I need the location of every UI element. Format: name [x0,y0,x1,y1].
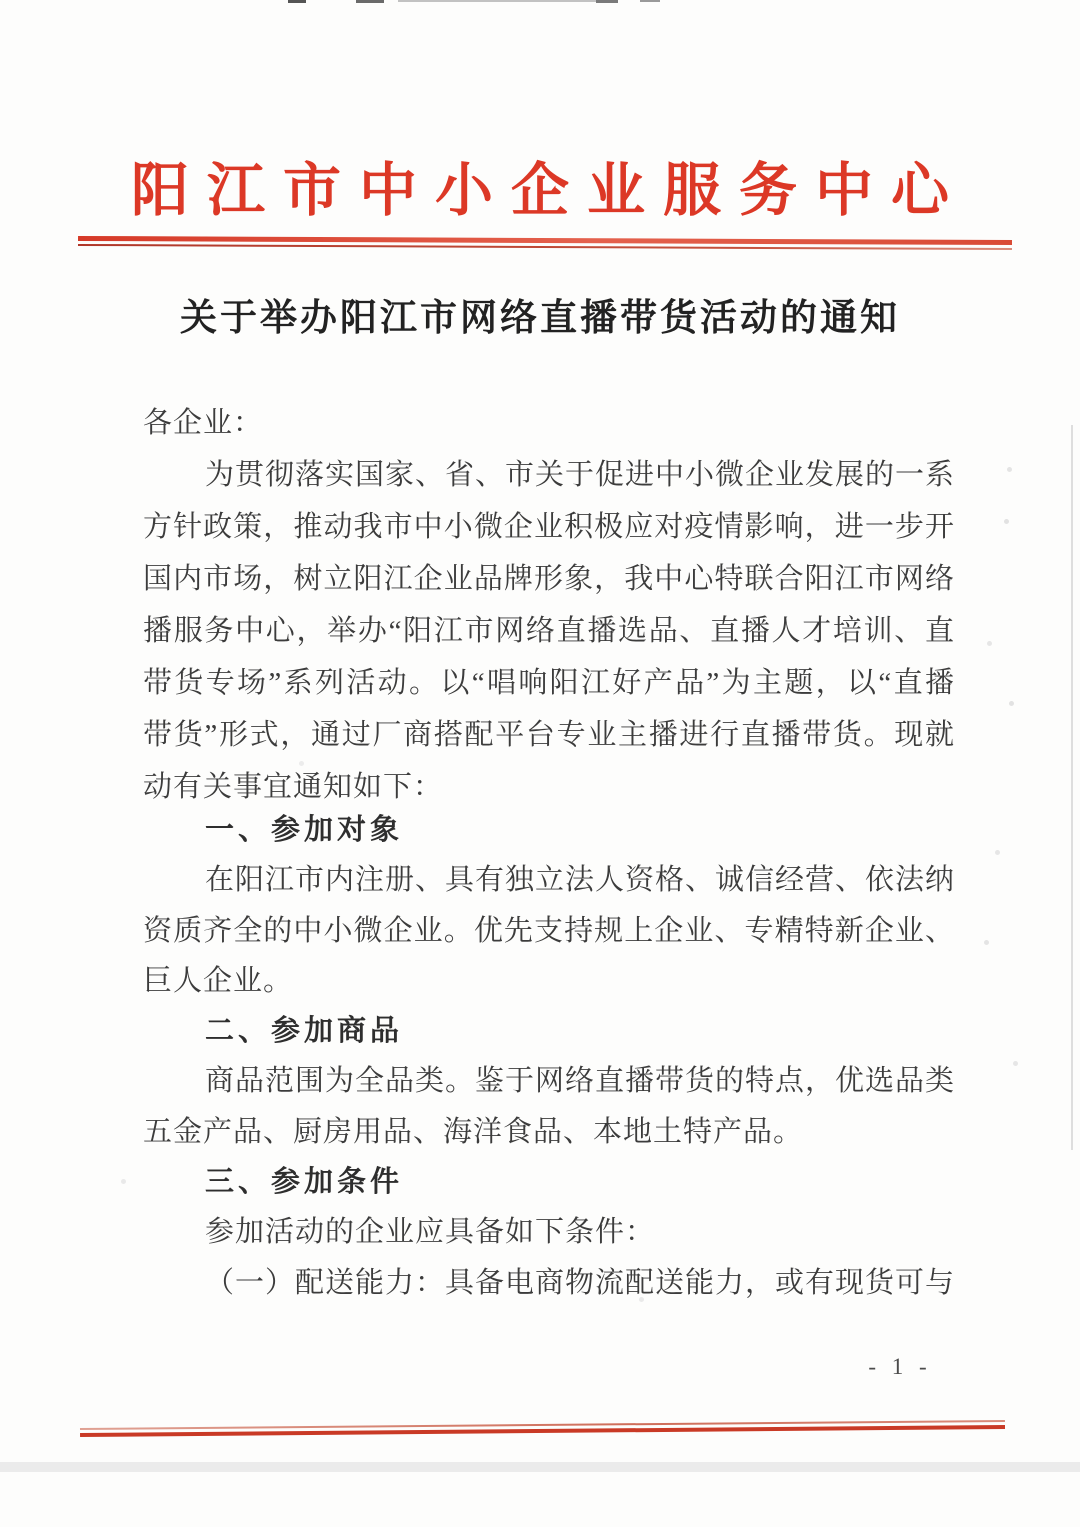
body-paragraphs-lower: 一、参加对象 在阳江市内注册、具有独立法人资格、诚信经营、依法纳税、 资质齐全的… [143,805,955,1308]
scan-bottom-shadow [0,1462,1080,1472]
paper-edge-shadow [1071,425,1073,1150]
scan-artifact [288,0,306,3]
body-line: 播服务中心，举办“阳江市网络直播选品、直播人才培训、直播 [143,605,955,657]
page-number: - 1 - [840,1352,960,1382]
body-line: 资质齐全的中小微企业。优先支持规上企业、专精特新企业、小 [143,906,955,956]
letterhead-title: 阳江市中小企业服务中心 [0,148,1080,234]
salutation-line: 各企业： [143,397,955,449]
scan-artifact [356,0,384,3]
scan-artifact [596,0,618,3]
body-line: 为贯彻落实国家、省、市关于促进中小微企业发展的一系列 [143,449,955,501]
letterhead-divider [78,236,1012,250]
body-line: （一）配送能力：具备电商物流配送能力，或有现货可与阳 [143,1258,955,1308]
body-line: 五金产品、厨房用品、海洋食品、本地土特产品。 [143,1107,955,1157]
body-line: 在阳江市内注册、具有独立法人资格、诚信经营、依法纳税、 [143,855,955,905]
body-line: 带货专场”系列活动。以“唱响阳江好产品”为主题，以“直播 [143,657,955,709]
body-line: 方针政策，推动我市中小微企业积极应对疫情影响，进一步开拓 [143,501,955,553]
footer-divider [80,1420,1005,1437]
section-heading-2: 二、参加商品 [143,1006,955,1056]
letterhead-divider-thin-line [78,244,1012,250]
body-line: 参加活动的企业应具备如下条件： [143,1207,955,1257]
document-title: 关于举办阳江市网络直播带货活动的通知 [0,296,1080,340]
body-paragraphs-upper: 各企业： 为贯彻落实国家、省、市关于促进中小微企业发展的一系列 方针政策，推动我… [143,397,955,813]
section-heading-1: 一、参加对象 [143,805,955,855]
scanned-document-page: 阳江市中小企业服务中心 关于举办阳江市网络直播带货活动的通知 各企业： 为贯彻落… [0,0,1080,1527]
body-line: 巨人企业。 [143,956,955,1006]
body-line: 国内市场，树立阳江企业品牌形象，我中心特联合阳江市网络直 [143,553,955,605]
body-line: 带货”形式，通过厂商搭配平台专业主播进行直播带货。现就活 [143,709,955,761]
section-heading-3: 三、参加条件 [143,1157,955,1207]
scan-artifact [640,0,660,2]
scan-artifact [398,0,603,2]
body-line: 商品范围为全品类。鉴于网络直播带货的特点，优选品类是 [143,1056,955,1106]
scan-noise-specks [0,0,3,3]
